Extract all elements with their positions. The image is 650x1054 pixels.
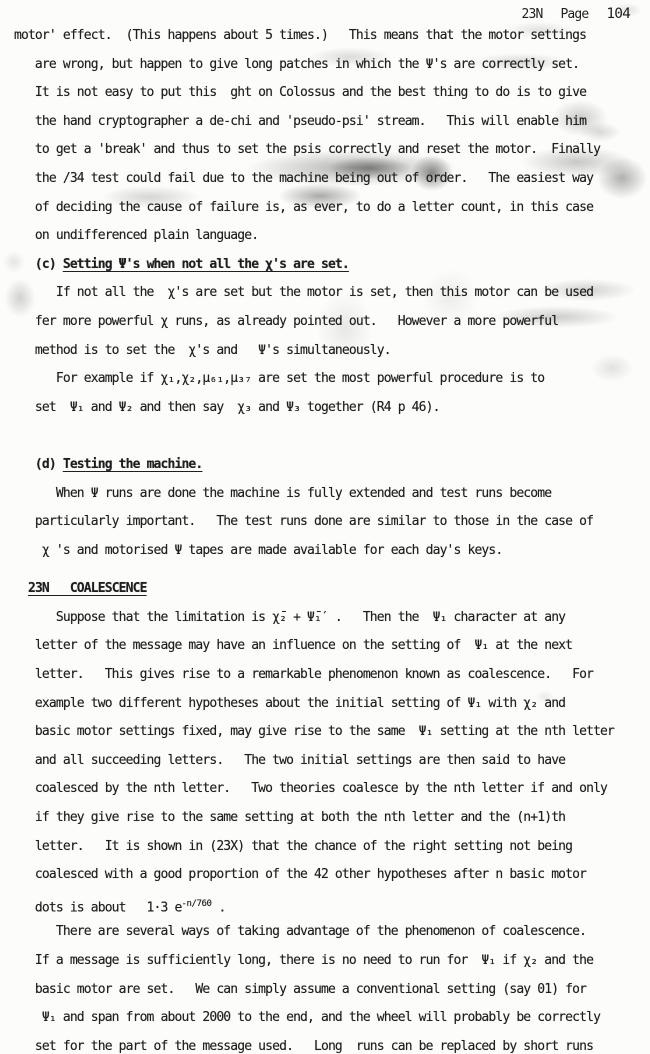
text-line: letter of the message may have an influe… <box>14 632 644 661</box>
text-line: letter. This gives rise to a remarkable … <box>14 661 644 690</box>
text-line: When Ψ runs are done the machine is full… <box>14 480 644 509</box>
section-d-label: (d) <box>14 457 63 472</box>
formula-post: . <box>212 900 226 915</box>
section-d-paragraph: When Ψ runs are done the machine is full… <box>14 480 644 566</box>
coalescence-heading-prefix <box>14 581 28 596</box>
text-line: It is not easy to put this ght on Coloss… <box>14 79 644 108</box>
text-line: Ψ₁ and span from about 2000 to the end, … <box>14 1004 644 1033</box>
text-line: If not all the χ's are set but the motor… <box>14 279 644 308</box>
coalescence-paragraph-2: There are several ways of taking advanta… <box>14 918 644 1054</box>
text-line: motor' effect. (This happens about 5 tim… <box>14 22 644 51</box>
section-c-paragraph: If not all the χ's are set but the motor… <box>14 279 644 422</box>
coalescence-paragraph-1: Suppose that the limitation is χ̄₂ + Ψ̄₁… <box>14 604 644 890</box>
text-line: letter. It is shown in (23X) that the ch… <box>14 833 644 862</box>
text-line: method is to set the χ's and Ψ's simulta… <box>14 337 644 366</box>
text-line: If a message is sufficiently long, there… <box>14 947 644 976</box>
section-number: 23N <box>522 7 543 22</box>
text-line: set Ψ₁ and Ψ₂ and then say χ₃ and Ψ₃ tog… <box>14 394 644 423</box>
document-body: motor' effect. (This happens about 5 tim… <box>0 0 650 1054</box>
text-line: basic motor settings fixed, may give ris… <box>14 718 644 747</box>
intro-paragraph: motor' effect. (This happens about 5 tim… <box>14 22 644 251</box>
text-line: the /34 test could fail due to the machi… <box>14 165 644 194</box>
text-line: if they give rise to the same setting at… <box>14 804 644 833</box>
text-line: For example if χ₁,χ₂,μ₆₁,μ₃₇ are set the… <box>14 365 644 394</box>
text-line: and all succeeding letters. The two init… <box>14 747 644 776</box>
text-line: set for the part of the message used. Lo… <box>14 1033 644 1054</box>
section-c-heading: (c) Setting Ψ's when not all the χ's are… <box>14 251 644 280</box>
text-line: example two different hypotheses about t… <box>14 690 644 719</box>
section-d-heading: (d) Testing the machine. <box>14 451 644 480</box>
section-c-title: Setting Ψ's when not all the χ's are set… <box>63 257 349 272</box>
page-header: 23N Page 104 <box>522 6 631 22</box>
formula-line: dots is about 1·3 e-n/760 . <box>14 890 644 919</box>
page-number: 104 <box>606 6 630 22</box>
text-line: coalesced with a good proportion of the … <box>14 861 644 890</box>
section-c-label: (c) <box>14 257 63 272</box>
text-line: Suppose that the limitation is χ̄₂ + Ψ̄₁… <box>14 604 644 633</box>
formula-pre: dots is about 1·3 e <box>14 900 181 915</box>
coalescence-heading: 23N COALESCENCE <box>14 575 644 604</box>
formula-exponent: -n/760 <box>181 899 211 909</box>
text-line: the hand cryptographer a de-chi and 'pse… <box>14 108 644 137</box>
text-line: to get a 'break' and thus to set the psi… <box>14 136 644 165</box>
text-line: χ 's and motorised Ψ tapes are made avai… <box>14 537 644 566</box>
section-d-title: Testing the machine. <box>63 457 203 472</box>
text-line: particularly important. The test runs do… <box>14 508 644 537</box>
text-line: of deciding the cause of failure is, as … <box>14 194 644 223</box>
document-page: 23N Page 104 motor' effect. (This happen… <box>0 0 650 1054</box>
page-label: Page <box>560 7 588 22</box>
text-line: There are several ways of taking advanta… <box>14 918 644 947</box>
text-line: on undifferenced plain language. <box>14 222 644 251</box>
text-line: basic motor are set. We can simply assum… <box>14 976 644 1005</box>
text-line: coalesced by the nth letter. Two theorie… <box>14 775 644 804</box>
coalescence-heading-title: 23N COALESCENCE <box>28 581 147 596</box>
text-line: fer more powerful χ runs, as already poi… <box>14 308 644 337</box>
text-line: are wrong, but happen to give long patch… <box>14 51 644 80</box>
